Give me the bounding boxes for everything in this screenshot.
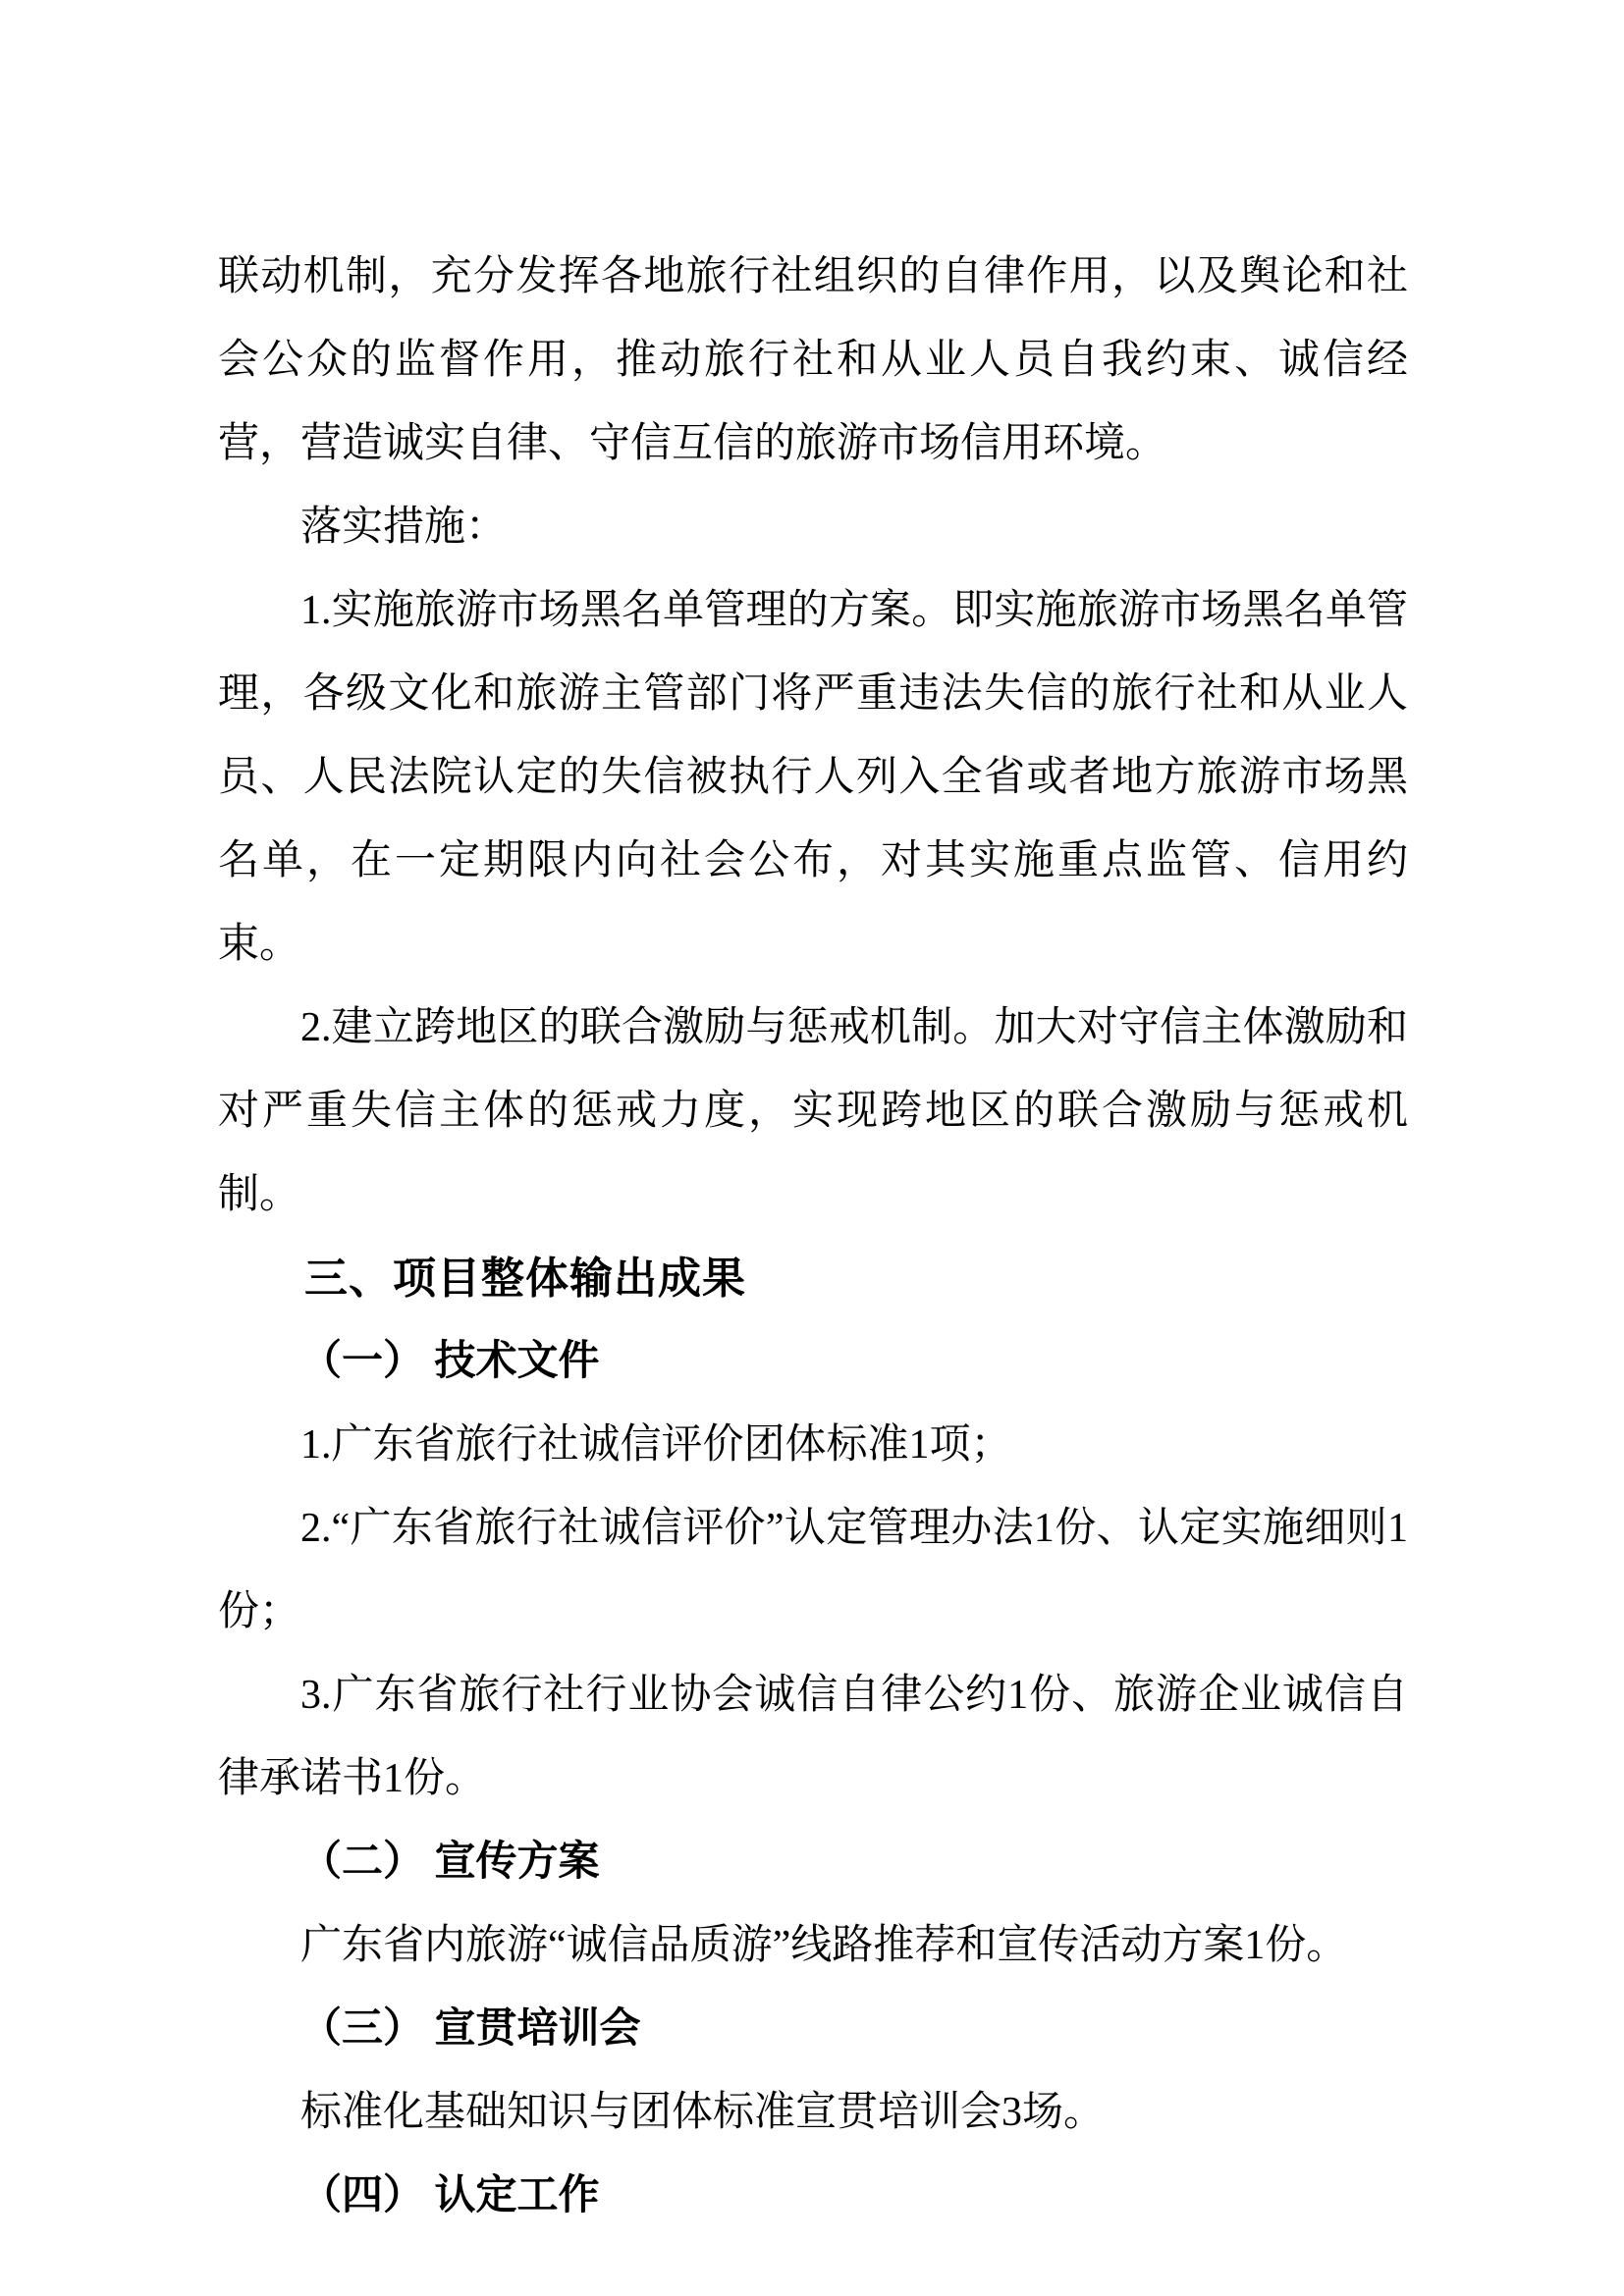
body-paragraph: 广东省内旅游“诚信品质游”线路推荐和宣传活动方案1份。 [218,1904,1408,1988]
subsection-heading: （一） 技术文件 [218,1320,1408,1404]
body-paragraph: 落实措施： [218,486,1408,569]
section-heading: 三、项目整体输出成果 [218,1237,1408,1320]
subsection-heading: （二） 宣传方案 [218,1821,1408,1904]
document-page: 联动机制，充分发挥各地旅行社组织的自律作用，以及舆论和社会公众的监督作用，推动旅… [0,0,1624,2296]
document-body: 联动机制，充分发挥各地旅行社组织的自律作用，以及舆论和社会公众的监督作用，推动旅… [218,236,1408,2238]
body-paragraph: 1.实施旅游市场黑名单管理的方案。即实施旅游市场黑名单管理，各级文化和旅游主管部… [218,569,1408,987]
body-paragraph: 3.广东省旅行社行业协会诚信自律公约1份、旅游企业诚信自律承诺书1份。 [218,1654,1408,1821]
subsection-heading: （四） 认定工作 [218,2155,1408,2238]
body-paragraph: 联动机制，充分发挥各地旅行社组织的自律作用，以及舆论和社会公众的监督作用，推动旅… [218,236,1408,486]
body-paragraph: 标准化基础知识与团体标准宣贯培训会3场。 [218,2071,1408,2155]
body-paragraph: 2.建立跨地区的联合激励与惩戒机制。加大对守信主体激励和对严重失信主体的惩戒力度… [218,987,1408,1237]
body-paragraph: 1.广东省旅行社诚信评价团体标准1项； [218,1404,1408,1487]
subsection-heading: （三） 宣贯培训会 [218,1988,1408,2071]
body-paragraph: 2.“广东省旅行社诚信评价”认定管理办法1份、认定实施细则1份； [218,1487,1408,1654]
